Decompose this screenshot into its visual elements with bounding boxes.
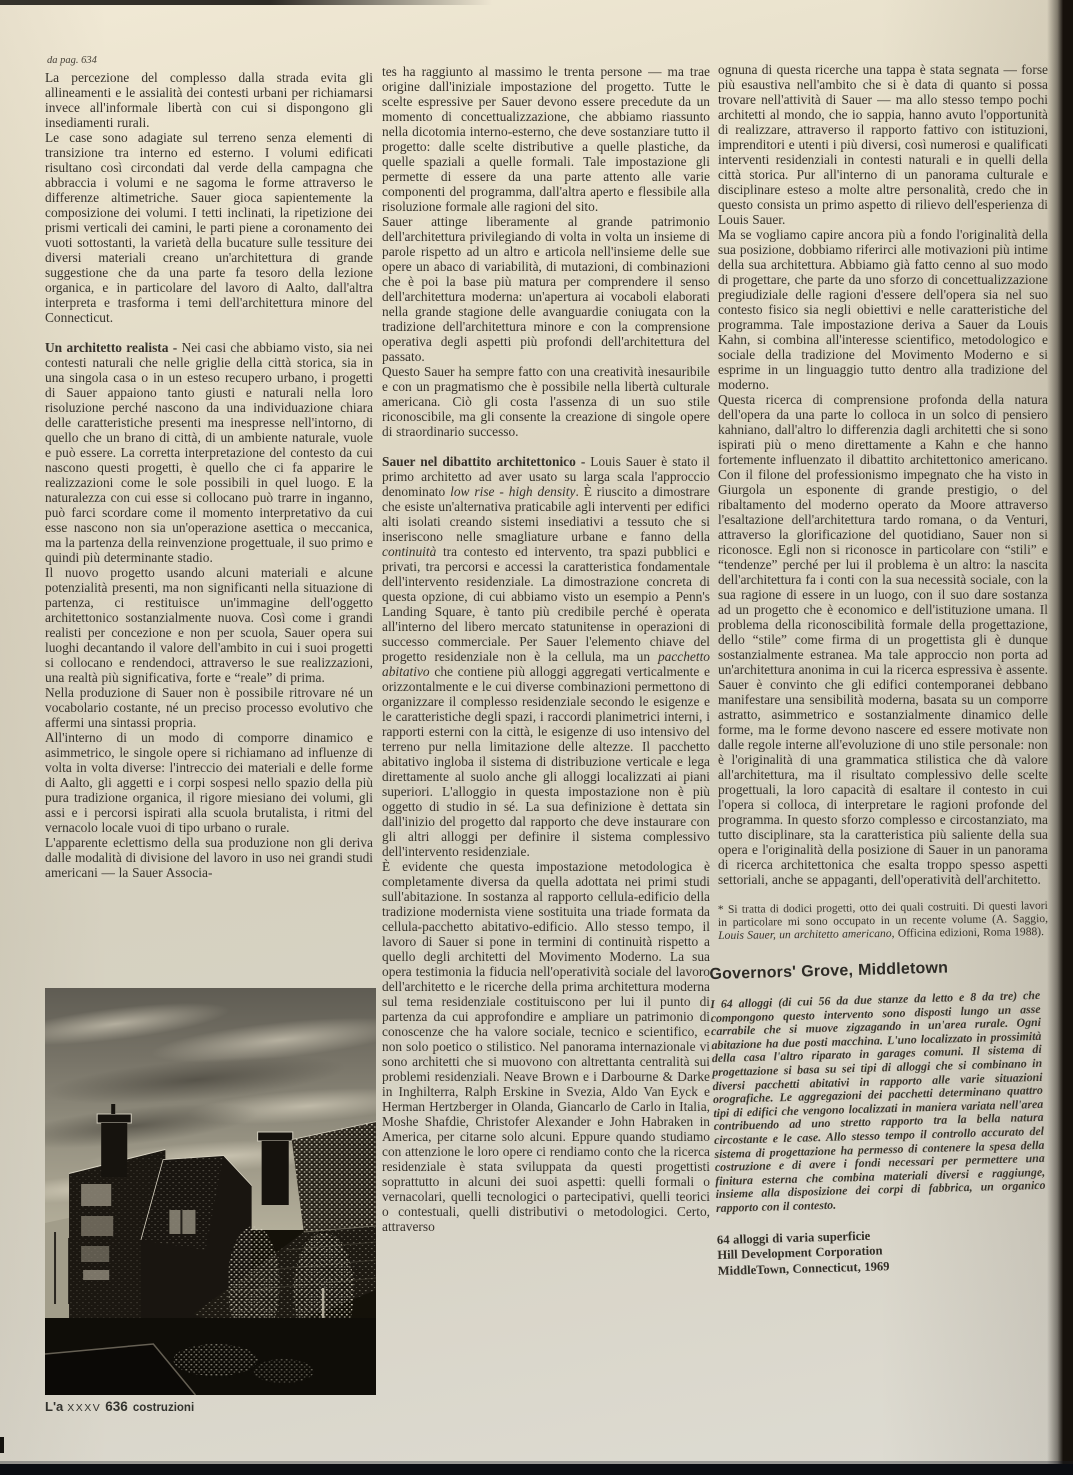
paragraph: La percezione del complesso dalla strada… [45,70,373,130]
magazine-page: da pag. 634 La percezione del complesso … [0,0,1073,1475]
project-caption: I 64 alloggi (di cui 56 da due stanze da… [710,989,1046,1216]
column-left: La percezione del complesso dalla strada… [45,70,373,880]
column-middle: tes ha raggiunto al massimo le trenta pe… [382,64,710,1234]
column-right: ognuna di questa ricerche una tappa è st… [718,62,1048,1279]
paragraph: ognuna di questa ricerche una tappa è st… [718,62,1048,227]
footnote: * Si tratta di dodici progetti, otto dei… [718,899,1048,943]
paragraph-with-runin-heading: Sauer nel dibattito architettonico - Lou… [382,454,710,859]
journal-volume: XXXV [67,1402,101,1414]
project-title: Governors' Grove, Middletown [709,958,1039,982]
paragraph: Questa ricerca di comprensione profonda … [718,392,1048,887]
paragraph: Ma se vogliamo capire ancora più a fondo… [718,227,1048,392]
paragraph: Questo Sauer ha sempre fatto con una cre… [382,364,710,439]
project-details: 64 alloggi di varia superficie Hill Deve… [717,1223,1048,1279]
scan-edge-top [0,0,492,5]
paragraph: È evidente che questa impostazione metod… [382,859,710,1234]
paragraph-with-runin-heading: Un architetto realista - Nei casi che ab… [45,340,373,565]
continuation-note: da pag. 634 [47,55,97,66]
scan-edge-left-mark [0,1437,4,1453]
journal-page-number: 636 [105,1399,128,1414]
paragraph: All'interno di un modo di comporre dinam… [45,730,373,835]
scan-edge-right [1047,0,1073,1475]
paragraph: Il nuovo progetto usando alcuni material… [45,565,373,685]
paragraph: Nella produzione di Sauer non è possibil… [45,685,373,730]
project-photo [45,988,376,1395]
photo-illustration-houses-sky [45,988,376,1395]
journal-footer: L'aXXXV636costruzioni [45,1399,194,1414]
paragraph: L'apparente eclettismo della sua produzi… [45,835,373,880]
scan-edge-bottom [0,1464,1073,1475]
journal-abbrev: L'a [45,1399,63,1414]
paragraph: tes ha raggiunto al massimo le trenta pe… [382,64,710,214]
paragraph: Le case sono adagiate sul terreno senza … [45,130,373,325]
journal-section: costruzioni [133,1402,194,1414]
project-info-block: Governors' Grove, Middletown I 64 allogg… [709,958,1048,1279]
paragraph: Sauer attinge liberamente al grande patr… [382,214,710,364]
